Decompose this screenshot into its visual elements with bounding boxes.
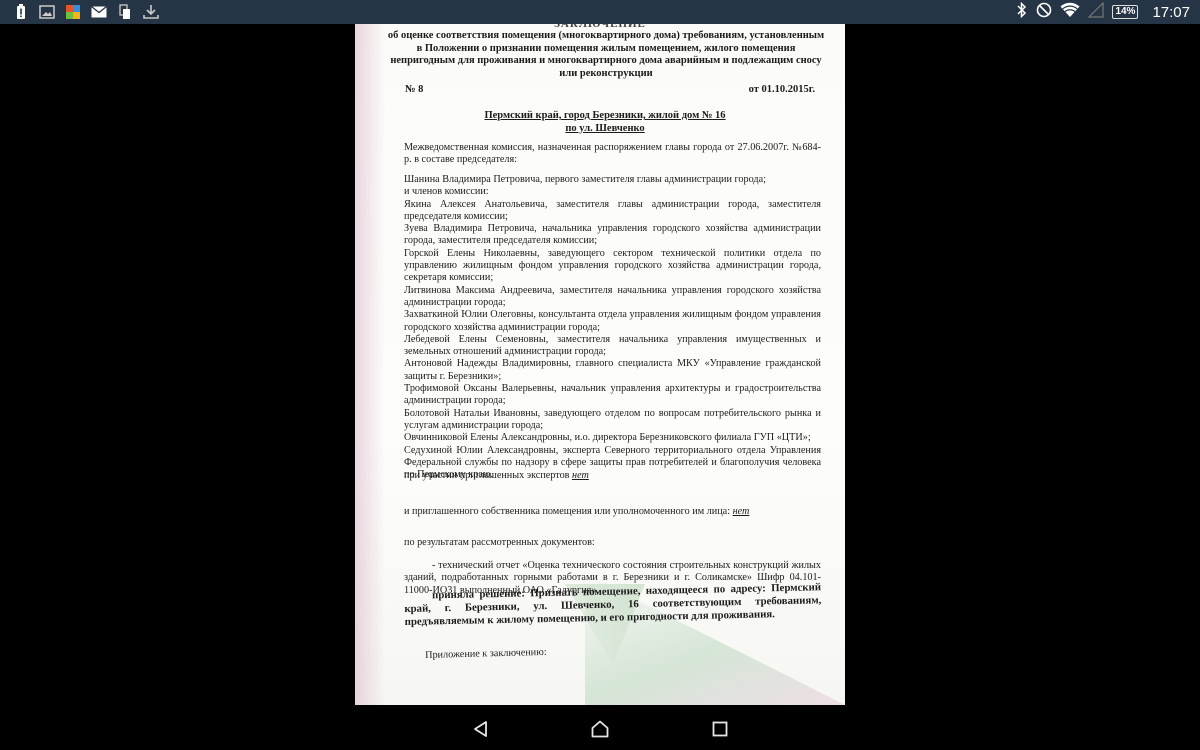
battery-alert-icon bbox=[8, 0, 34, 24]
copy-icon bbox=[112, 0, 138, 24]
app-grid-icon bbox=[60, 0, 86, 24]
member-item: Горской Елены Николаевны, заведующего се… bbox=[404, 248, 821, 285]
download-icon bbox=[138, 0, 164, 24]
experts-line: при участии приглашенных экспертов нет bbox=[404, 470, 821, 482]
mail-icon bbox=[86, 0, 112, 24]
system-indicators: 14% 17:07 bbox=[1016, 2, 1200, 23]
document-number-row: № 8 от 01.10.2015г. bbox=[405, 84, 815, 95]
member-item: Литвинова Максима Андреевича, заместител… bbox=[404, 285, 821, 310]
owner-line: и приглашенного собственника помещения и… bbox=[404, 506, 821, 518]
document-heading: об оценке соответствия помещения (многок… bbox=[385, 30, 827, 80]
navigation-bar bbox=[0, 705, 1200, 750]
experts-value: нет bbox=[572, 470, 589, 481]
home-icon[interactable] bbox=[585, 715, 615, 743]
member-item: Якина Алексея Анатольевича, заместителя … bbox=[404, 199, 821, 224]
members-label: и членов комиссии: bbox=[404, 186, 821, 198]
battery-indicator: 14% bbox=[1112, 5, 1138, 19]
member-item: Зуева Владимира Петровича, начальника уп… bbox=[404, 223, 821, 248]
back-icon[interactable] bbox=[466, 715, 496, 743]
property-address: Пермский край, город Березники, жилой до… bbox=[395, 110, 815, 135]
commission-intro: Межведомственная комиссия, назначенная р… bbox=[404, 142, 821, 167]
member-item: Антоновой Надежды Владимировны, главного… bbox=[404, 358, 821, 383]
document-number: № 8 bbox=[405, 84, 423, 95]
document-viewer[interactable]: ЗАКЛЮЧЕНИЕ об оценке соответствия помеще… bbox=[0, 24, 1200, 705]
owner-value: нет bbox=[733, 506, 750, 517]
wifi-icon bbox=[1060, 2, 1080, 23]
no-signal-icon bbox=[1088, 2, 1104, 23]
chairman: Шанина Владимира Петровича, первого заме… bbox=[404, 174, 821, 186]
recents-icon[interactable] bbox=[705, 715, 735, 743]
document-date: от 01.10.2015г. bbox=[749, 84, 815, 95]
member-item: Болотовой Натальи Ивановны, заведующего … bbox=[404, 408, 821, 433]
member-item: Захваткиной Юлии Олеговны, консультанта … bbox=[404, 309, 821, 334]
status-bar: 14% 17:07 bbox=[0, 0, 1200, 24]
image-icon bbox=[34, 0, 60, 24]
clock: 17:07 bbox=[1152, 4, 1190, 21]
member-item: Лебедевой Елены Семеновны, заместителя н… bbox=[404, 334, 821, 359]
documents-label: по результатам рассмотренных документов: bbox=[404, 537, 821, 549]
bluetooth-icon bbox=[1016, 2, 1028, 23]
do-not-disturb-icon bbox=[1036, 2, 1052, 23]
member-item: Трофимовой Оксаны Валерьевны, начальник … bbox=[404, 383, 821, 408]
document-page[interactable]: ЗАКЛЮЧЕНИЕ об оценке соответствия помеще… bbox=[355, 24, 845, 705]
member-item: Овчинниковой Елены Александровны, и.о. д… bbox=[404, 432, 821, 444]
commission-members: Шанина Владимира Петровича, первого заме… bbox=[404, 174, 821, 481]
paper-stain bbox=[355, 24, 385, 705]
decision-text: приняла решение: Признать помещение, нах… bbox=[404, 581, 822, 629]
notification-icons bbox=[0, 0, 164, 24]
